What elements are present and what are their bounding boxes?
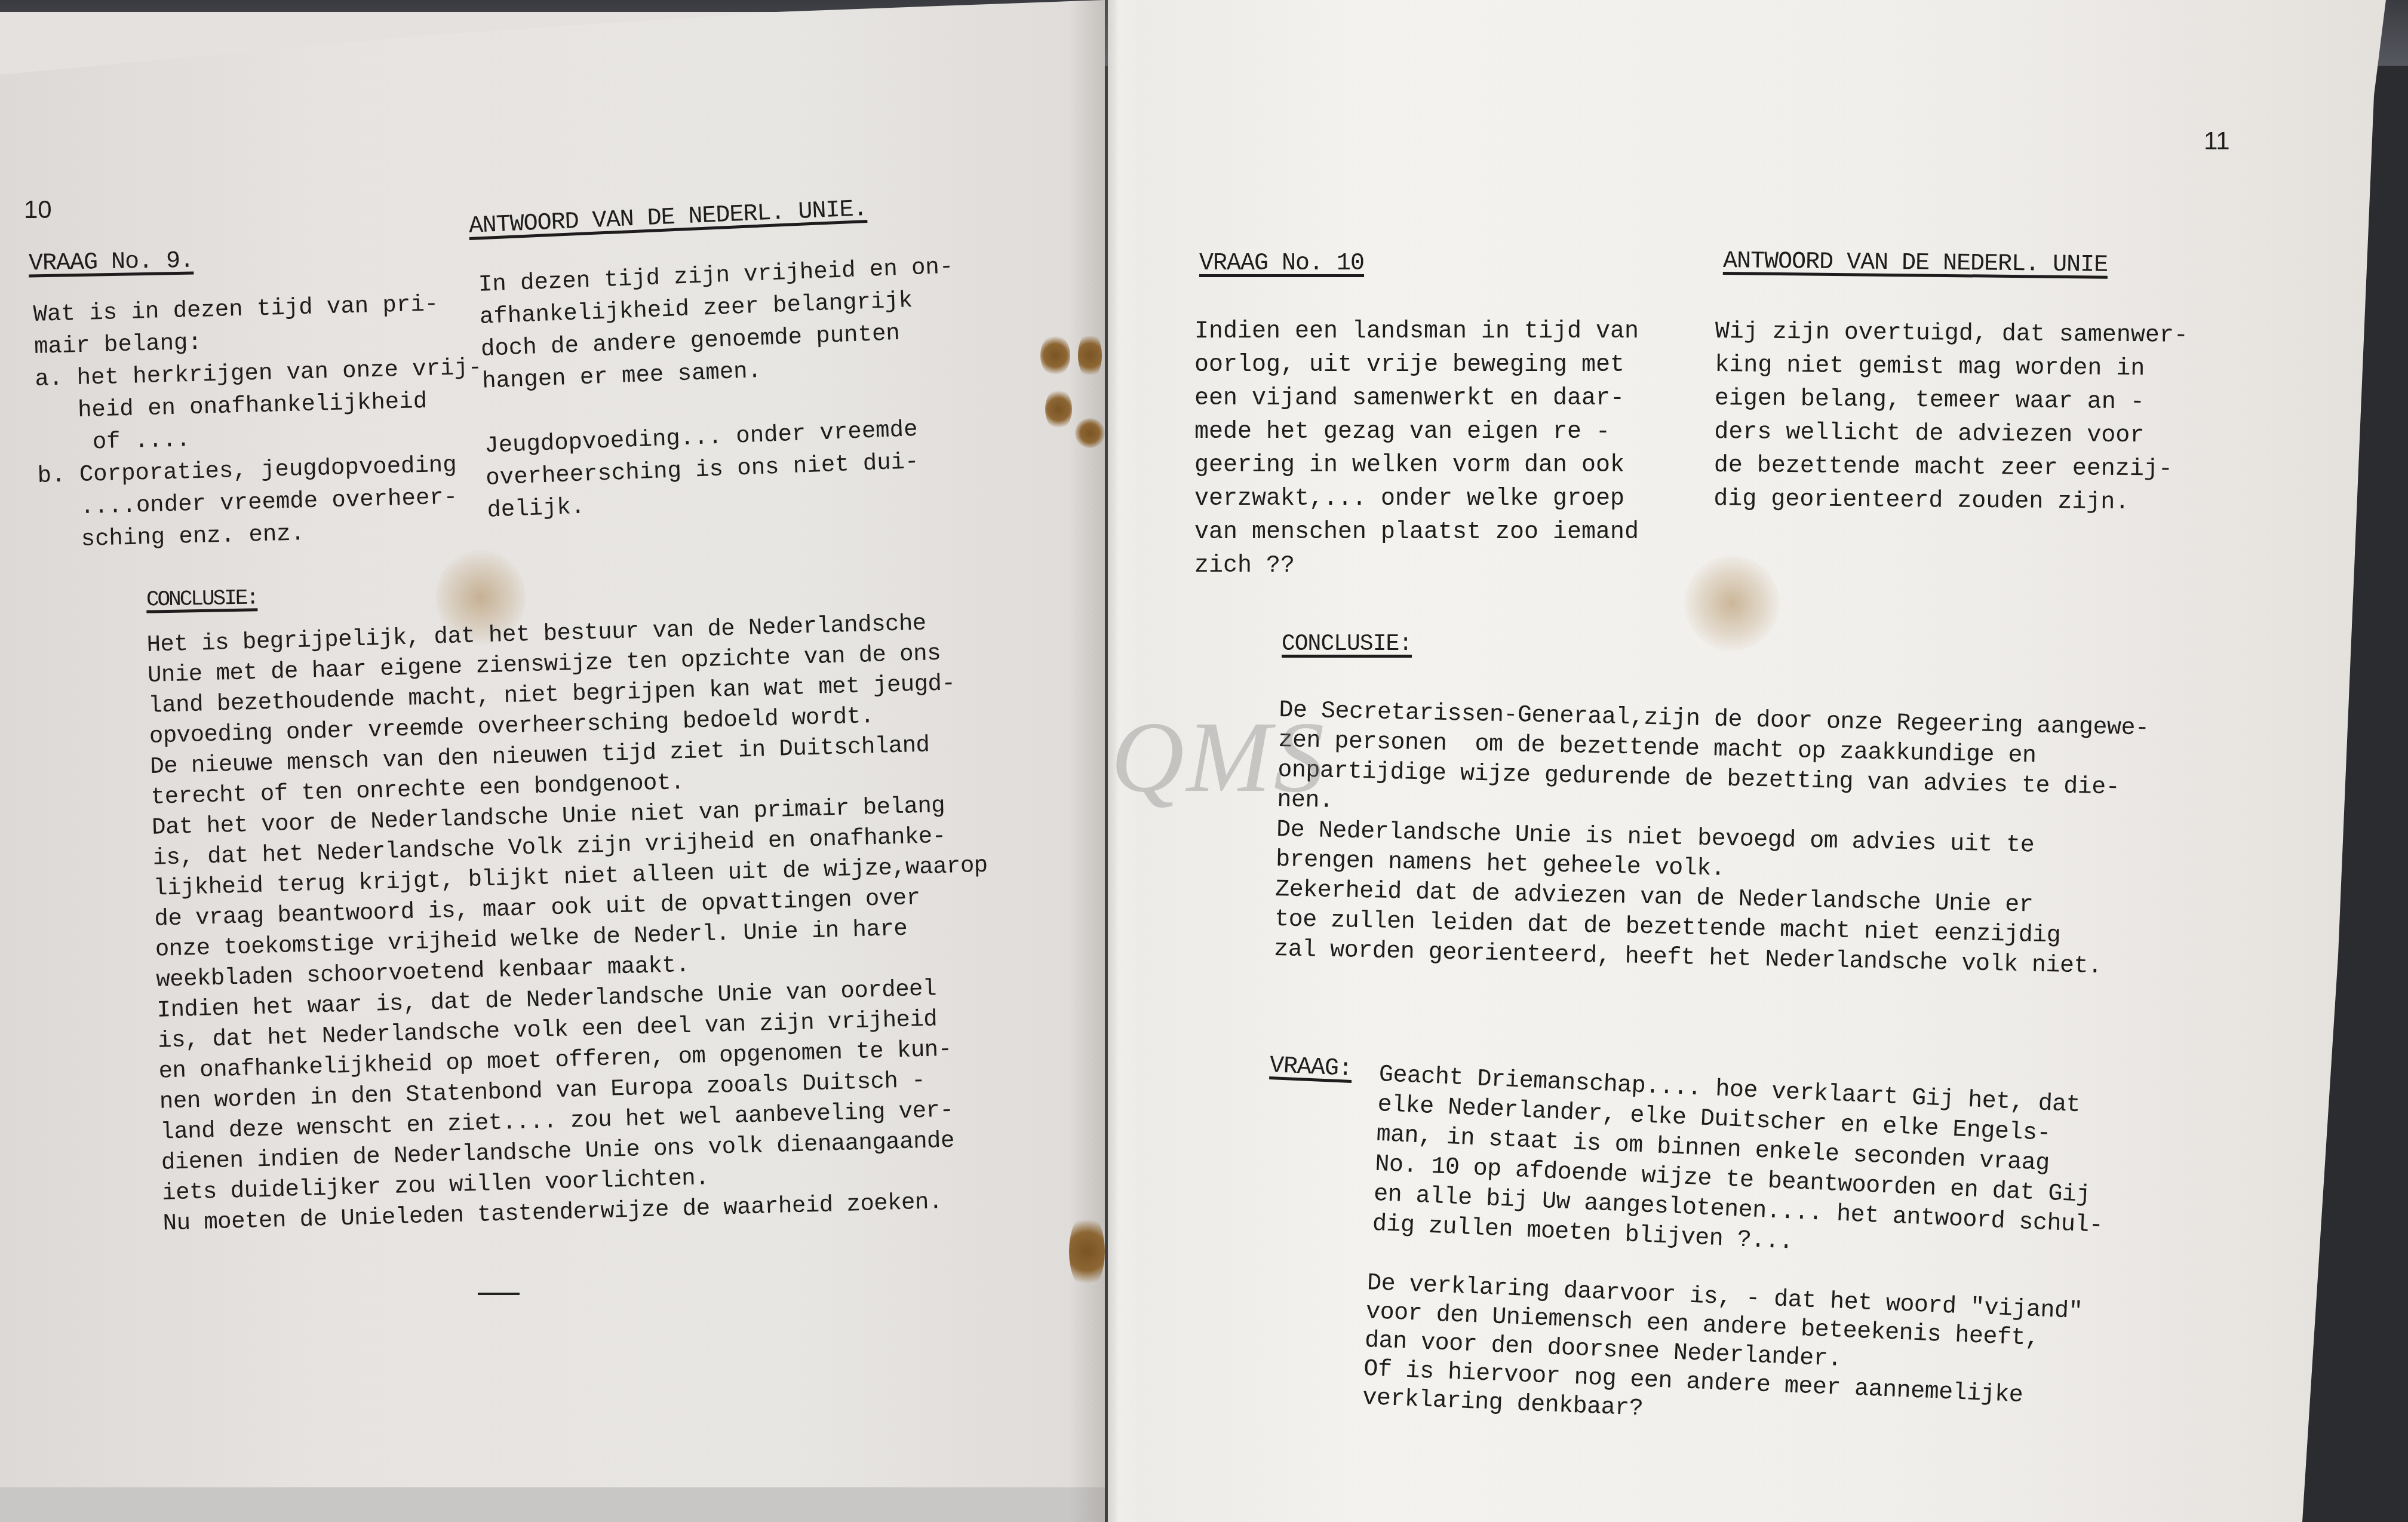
text-line: Indien een landsman in tijd van	[1194, 315, 1639, 349]
answer-9-text: In dezen tijd zijn vrijheid en on-afhank…	[478, 250, 963, 526]
vraag-label: VRAAG:	[1269, 1054, 1353, 1082]
watermark: QMS	[1111, 699, 1326, 815]
staple-rust-mid-left	[1045, 388, 1072, 430]
conclusion-right-text: De Secretarissen-Generaal,zijn de door o…	[1274, 696, 2149, 983]
text-line: eigen belang, temeer waar an -	[1715, 382, 2188, 420]
closing-text: De verklaring daarvoor is, - dat het woo…	[1362, 1269, 2083, 1441]
text-line: een vijand samenwerkt en daar-	[1194, 382, 1639, 416]
conclusion-heading-left: CONCLUSIE:	[146, 587, 258, 610]
question-heading-9: VRAAG No. 9.	[29, 250, 194, 277]
question-9-text: Wat is in dezen tijd van pri-mair belang…	[33, 287, 487, 556]
staple-rust-top-right	[1078, 332, 1102, 379]
staple-rust-bottom	[1069, 1213, 1105, 1290]
page-number-right: 11	[2204, 128, 2230, 154]
conclusion-heading-right: CONCLUSIE:	[1282, 633, 1412, 656]
text-line: mede het gezag van eigen re -	[1194, 416, 1639, 449]
text-line: verzwakt,... onder welke groep	[1194, 483, 1639, 516]
text-line: zich ??	[1194, 550, 1639, 583]
conclusion-left-text: Het is begrijpelijk, dat het bestuur van…	[146, 607, 997, 1239]
text-line: oorlog, uit vrije beweging met	[1194, 349, 1639, 382]
text-line: geering in welken vorm dan ook	[1194, 449, 1639, 483]
question-10-text: Indien een landsman in tijd vanoorlog, u…	[1194, 315, 1639, 583]
foxing-stain-right	[1684, 556, 1780, 651]
staple-rust-top-left	[1040, 335, 1070, 376]
answer-heading-10: ANTWOORD VAN DE NEDERL. UNIE	[1723, 250, 2108, 278]
page-number-left: 10	[24, 197, 52, 222]
text-line: Wij zijn overtuigd, dat samenwer-	[1715, 315, 2189, 353]
left-page-bottom-shadow	[0, 1487, 1105, 1522]
text-line: ders wellicht de adviezen voor	[1714, 416, 2188, 453]
end-rule-left	[478, 1293, 520, 1295]
text-line: dig georienteerd zouden zijn.	[1713, 483, 2187, 520]
vraag-text: Geacht Driemanschap.... hoe verklaart Gi…	[1372, 1060, 2109, 1271]
answer-10-text: Wij zijn overtuigd, dat samenwer-king ni…	[1713, 315, 2188, 520]
question-heading-10: VRAAG No. 10	[1199, 252, 1364, 276]
text-line: king niet gemist mag worden in	[1715, 349, 2188, 386]
text-line: van menschen plaatst zoo iemand	[1194, 516, 1639, 550]
text-line: de bezettende macht zeer eenzij-	[1714, 449, 2188, 487]
staple-rust-mid-right	[1075, 418, 1105, 448]
